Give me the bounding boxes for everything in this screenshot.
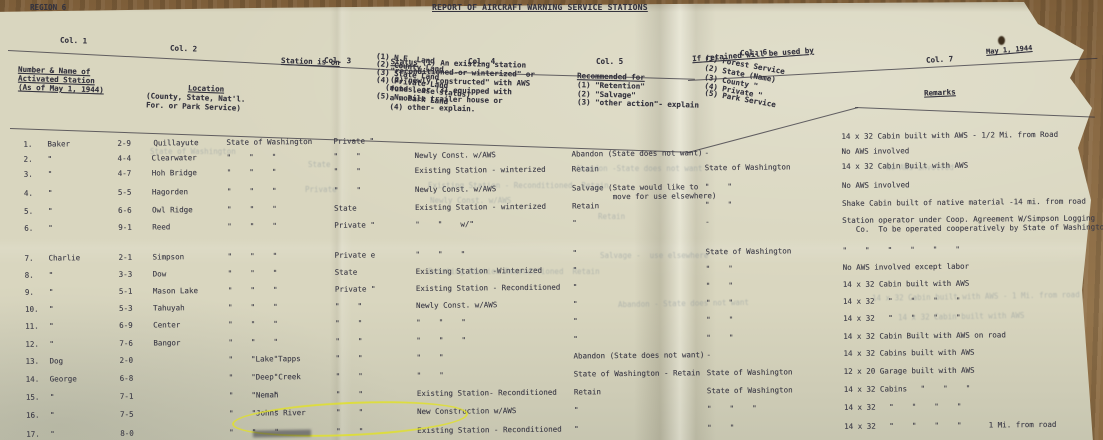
cell-group: George bbox=[50, 374, 77, 383]
ghost-text: Existing Station Reconditioned Retain bbox=[428, 267, 600, 276]
cell-location: " " " bbox=[228, 268, 278, 277]
cell-used_by: " " bbox=[705, 200, 732, 209]
cell-code: 2-9 bbox=[117, 139, 131, 148]
cell-used_by: " " " bbox=[707, 404, 757, 413]
ghost-text: Retain bbox=[598, 212, 625, 221]
cell-land: Private " bbox=[335, 284, 376, 293]
cell-code: 6-9 bbox=[119, 321, 133, 330]
cell-recommended: " bbox=[574, 405, 579, 414]
cell-group: " bbox=[48, 170, 53, 179]
cell-num: 7. bbox=[24, 254, 33, 263]
cell-location: " " " bbox=[227, 186, 277, 195]
cell-group: " bbox=[48, 189, 53, 198]
cell-code: 5-1 bbox=[119, 287, 133, 296]
cell-code: 4-4 bbox=[117, 154, 131, 163]
cell-status: " " bbox=[416, 353, 443, 362]
cell-group: " bbox=[49, 305, 54, 314]
cell-code: 2-0 bbox=[119, 356, 133, 365]
cell-land: Private " bbox=[333, 136, 374, 145]
cell-code: 2-1 bbox=[118, 253, 132, 262]
cell-land: " " bbox=[335, 302, 362, 311]
cell-location: " " " bbox=[227, 251, 277, 260]
ghost-text: No AWS involved bbox=[886, 163, 954, 172]
cell-recommended: " bbox=[573, 334, 578, 343]
cell-status: " " " bbox=[416, 336, 466, 345]
cell-num: 9. bbox=[25, 288, 34, 297]
cell-name: Lake Tapps bbox=[255, 354, 300, 363]
ghost-text: Private bbox=[305, 185, 337, 194]
cell-location: " " " bbox=[228, 285, 278, 294]
cell-name: Tahuyah bbox=[153, 303, 185, 312]
cell-group: " bbox=[47, 155, 52, 164]
cell-remarks: 12 x 20 Garage built with AWS bbox=[844, 366, 975, 376]
cell-status: " " " bbox=[415, 250, 465, 259]
cell-group: Dog bbox=[49, 356, 63, 365]
cell-group: " bbox=[49, 271, 54, 280]
cell-num: 3. bbox=[24, 170, 33, 179]
cell-num: 13. bbox=[25, 357, 39, 366]
cell-location: " " " bbox=[228, 337, 278, 346]
cell-land: State bbox=[335, 268, 358, 277]
cell-location: " " " bbox=[227, 204, 277, 213]
cell-location: State of Washington bbox=[226, 137, 312, 147]
cell-recommended: Abandon (State does not want) bbox=[571, 148, 702, 158]
scanned-report-photo: REGION 6 REPORT OF AIRCRAFT WARNING SERV… bbox=[0, 0, 1103, 440]
cell-status: Newly Const. w/AWS bbox=[414, 150, 495, 160]
cell-remarks: 14 x 32 " " " " bbox=[844, 402, 961, 412]
cell-status: Existing Station - Reconditioned bbox=[416, 283, 561, 293]
cell-remarks: Shake Cabin built of native material -14… bbox=[842, 197, 1086, 208]
cell-used_by: State of Washington bbox=[707, 385, 793, 395]
cell-recommended: " bbox=[573, 282, 578, 291]
cell-remarks: 14 x 32 Cabins " " " bbox=[844, 384, 971, 394]
cell-status: " " bbox=[417, 371, 444, 380]
cell-code: 5-5 bbox=[118, 188, 132, 197]
cell-remarks: 14 x 32 Cabin built with AWS bbox=[843, 279, 970, 289]
cell-used_by: - bbox=[706, 350, 711, 359]
cell-remarks: 14 x 32 Cabins built with AWS bbox=[843, 348, 974, 358]
cell-recommended: Retain bbox=[572, 201, 599, 210]
cell-used_by: " " bbox=[706, 264, 733, 273]
cell-used_by: State of Washington bbox=[705, 246, 791, 256]
cell-num: 12. bbox=[25, 340, 39, 349]
cell-group: " bbox=[48, 207, 53, 216]
cell-used_by: State of Washington bbox=[707, 367, 793, 377]
cell-used_by: " " bbox=[706, 281, 733, 290]
cell-num: 8. bbox=[25, 271, 34, 280]
cell-name: Deep Creek bbox=[256, 372, 301, 381]
cell-used_by: " " bbox=[707, 423, 734, 432]
cell-land: " " bbox=[334, 186, 361, 195]
cell-group: " bbox=[49, 339, 54, 348]
cell-used_by: " " bbox=[706, 315, 733, 324]
cell-code: 6-6 bbox=[118, 206, 132, 215]
cell-name: Center bbox=[153, 320, 180, 329]
cell-land: Private " bbox=[334, 220, 375, 229]
cell-land: " " bbox=[333, 152, 360, 161]
cell-name: Nemah bbox=[256, 390, 279, 399]
cell-group: Charlie bbox=[48, 253, 80, 262]
cell-group: " bbox=[50, 429, 55, 438]
cell-code: 5-3 bbox=[119, 304, 133, 313]
ghost-text: State of Washington bbox=[150, 147, 236, 156]
cell-num: 2. bbox=[23, 155, 32, 164]
cell-group: Baker bbox=[47, 139, 70, 148]
cell-num: 11. bbox=[25, 322, 39, 331]
cell-num: 15. bbox=[26, 393, 40, 402]
cell-land: " " bbox=[336, 390, 363, 399]
cell-land: " " bbox=[335, 319, 362, 328]
cell-status: " " " bbox=[416, 318, 466, 327]
cell-num: 5. bbox=[24, 207, 33, 216]
cell-used_by: State of Washington bbox=[705, 162, 791, 172]
cell-recommended: " bbox=[573, 316, 578, 325]
cell-land: " " bbox=[336, 372, 363, 381]
cell-recommended: State of Washington - Retain bbox=[574, 368, 701, 378]
cell-name: Dow bbox=[153, 269, 167, 278]
cell-recommended: " bbox=[573, 299, 578, 308]
cell-group: " bbox=[48, 224, 53, 233]
cell-name: Hoh Bridge bbox=[152, 168, 197, 177]
cell-name: Simpson bbox=[152, 252, 184, 261]
cell-recommended: " bbox=[572, 248, 577, 257]
cell-group: " bbox=[50, 392, 55, 401]
cell-name: Mason Lake bbox=[153, 286, 198, 295]
cell-remarks: " " " " " " bbox=[842, 245, 959, 255]
cell-name: Reed bbox=[152, 222, 170, 231]
cell-code: 3-3 bbox=[119, 270, 133, 279]
cell-land: " " bbox=[334, 167, 361, 176]
cell-name: Hagorden bbox=[152, 187, 188, 196]
cell-recommended: " bbox=[572, 218, 577, 227]
ghost-text: Newly Const. w/AWS bbox=[430, 196, 511, 205]
cell-name: Owl Ridge bbox=[152, 205, 193, 214]
cell-status: Newly Const. w/AWS bbox=[416, 300, 497, 310]
cell-location: " " " bbox=[227, 167, 277, 176]
ghost-text: State bbox=[308, 160, 331, 169]
cell-num: 4. bbox=[24, 189, 33, 198]
cell-remarks: 14 x 32 Cabin Built with AWS on road bbox=[843, 330, 1006, 341]
cell-used_by: - bbox=[704, 148, 709, 157]
cell-remarks: No AWS involved except labor bbox=[843, 262, 970, 272]
cell-code: 7-1 bbox=[120, 392, 134, 401]
cell-num: 10. bbox=[25, 305, 39, 314]
cell-remarks: 14 x 32 Cabin built with AWS - 1/2 Mi. f… bbox=[841, 130, 1058, 141]
cell-status: " " w/" bbox=[415, 219, 474, 229]
cell-remarks: 14 x 32 " " " " 1 Mi. from road bbox=[844, 420, 1056, 431]
cell-land: " " bbox=[335, 354, 362, 363]
cell-group: " bbox=[49, 322, 54, 331]
cell-location: " " " bbox=[228, 319, 278, 328]
cell-num: 6. bbox=[24, 224, 33, 233]
cell-num: 17. bbox=[26, 430, 40, 439]
cell-remarks: No AWS involved bbox=[842, 180, 910, 190]
cell-group: " bbox=[50, 410, 55, 419]
cell-code: 8-0 bbox=[120, 429, 134, 438]
cell-status: Existing Station - winterized bbox=[415, 165, 546, 175]
cell-remarks: Station operator under Coop. Agreement W… bbox=[842, 213, 1103, 234]
cell-used_by: " " bbox=[705, 182, 732, 191]
ghost-text: Salvage - use elsewhere bbox=[600, 251, 708, 260]
table-rows-layer: 1.Baker2-9State of WashingtonPrivate "14… bbox=[0, 0, 1103, 440]
cell-status: Existing Station- Reconditioned bbox=[417, 388, 557, 398]
cell-code: 4-7 bbox=[118, 169, 132, 178]
cell-recommended: Abandon (State does not want) bbox=[573, 350, 704, 360]
cell-location: " " " bbox=[227, 221, 277, 230]
cell-code: 6-8 bbox=[120, 374, 134, 383]
cell-num: 16. bbox=[26, 411, 40, 420]
ink-smudge bbox=[253, 429, 311, 437]
cell-used_by: - bbox=[705, 217, 710, 226]
cell-recommended: Retain bbox=[574, 387, 601, 396]
ghost-text: Existing Station - Reconditioned Retain bbox=[428, 181, 609, 190]
cell-land: State bbox=[334, 204, 357, 213]
cell-recommended: " bbox=[574, 424, 579, 433]
cell-name: Bangor bbox=[153, 338, 180, 347]
cell-land: " " bbox=[335, 337, 362, 346]
cell-code: 9-1 bbox=[118, 223, 132, 232]
cell-code: 7-6 bbox=[119, 339, 133, 348]
cell-num: 1. bbox=[23, 140, 32, 149]
cell-remarks: No AWS involved bbox=[841, 146, 909, 156]
cell-group: " bbox=[49, 288, 54, 297]
cell-used_by: " " bbox=[706, 333, 733, 342]
ghost-text: Abandon -State does not want bbox=[576, 164, 702, 173]
cell-num: 14. bbox=[26, 375, 40, 384]
cell-location: " " " bbox=[228, 302, 278, 311]
cell-code: 7-5 bbox=[120, 410, 134, 419]
cell-land: Private e bbox=[334, 250, 375, 259]
